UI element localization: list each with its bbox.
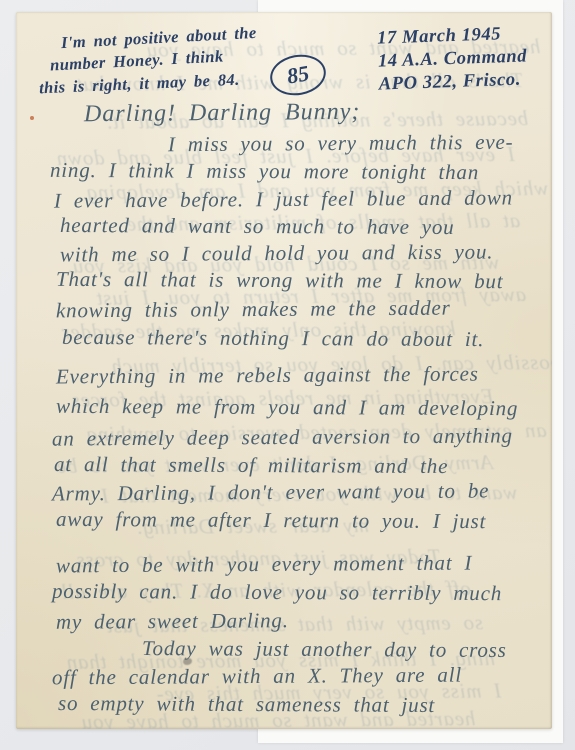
handwritten-line: an extremely deep seated aversion to any… [52,423,513,451]
handwritten-line: my dear sweet Darling. [56,608,289,635]
date-address-block: 17 March 1945 14 A.A. Command APO 322, F… [377,22,528,96]
handwritten-line: Today was just another day to cross [142,636,507,663]
handwritten-line: knowing this only makes me the sadder [56,296,451,324]
handwritten-line: off the calendar with an X. They are all [52,663,462,691]
apo-line: APO 322, Frisco. [378,68,528,96]
handwritten-line: at all that smells of militarism and the [54,452,448,479]
paper-speck [30,116,34,120]
handwritten-line: possibly can. I do love you so terribly … [52,579,502,606]
circled-page-number: 85 [267,50,329,99]
handwritten-line: which keep me from you and I am developi… [56,394,518,421]
salutation-line: Darling! Darling Bunny; [84,99,361,128]
handwritten-line: Everything in me rebels against the forc… [56,362,479,390]
margin-note-line: I'm not positive about the [61,23,257,53]
page-number-text: 85 [285,60,311,89]
handwritten-line: away from me after I return to you. I ju… [56,507,486,534]
letter-paper: hearted and want so much to have youThat… [16,12,552,729]
handwritten-line: ning. I think I miss you more tonight th… [50,158,479,185]
handwritten-line: Army. Darling, I don't ever want you to … [52,478,489,506]
scanned-letter-page: hearted and want so much to have youThat… [0,0,575,750]
handwritten-line: so empty with that sameness that just [58,691,435,718]
handwritten-line: I ever have before. I just feel blue and… [54,185,513,213]
handwritten-line: because there's nothing I can do about i… [62,325,484,352]
handwritten-line: That's all that is wrong with me I know … [56,267,504,294]
handwritten-line: with me so I could hold you and kiss you… [60,239,493,267]
handwritten-line: I miss you so very much this eve- [168,130,514,157]
handwritten-line: want to be with you every moment that I [56,551,472,579]
handwritten-line: hearted and want so much to have you [60,213,455,240]
